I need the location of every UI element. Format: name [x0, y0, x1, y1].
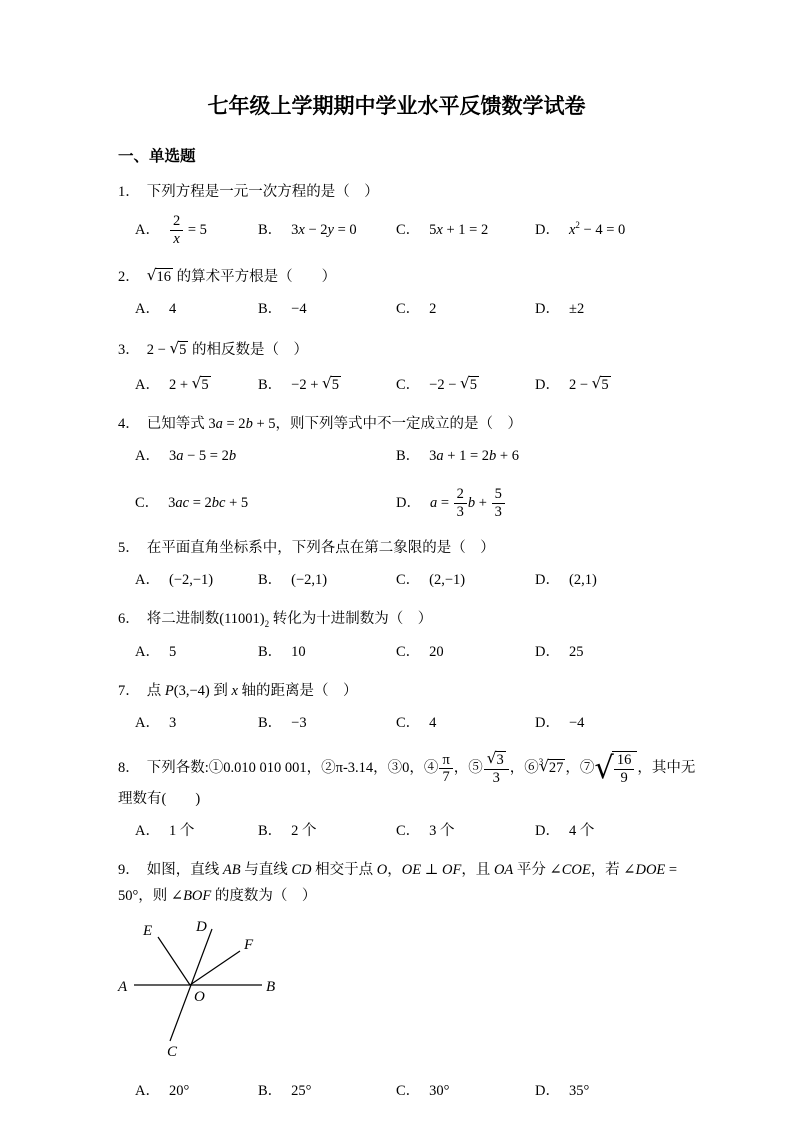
option-label: C．: [396, 715, 420, 731]
question-text: 在平面直角坐标系中，下列各点在第二象限的是（ ）: [147, 540, 495, 556]
option-value: (−2,−1): [169, 572, 213, 588]
question-6-options: A．5 B．10 C．20 D．25: [135, 641, 708, 664]
question-5-options: A．(−2,−1) B．(−2,1) C．(2,−1) D．(2,1): [135, 569, 708, 592]
question-text: 将二进制数(11001)2 转化为十进制数为（ ）: [147, 611, 433, 627]
option-value: 4 个: [569, 823, 594, 839]
option-d: D．x2 − 4 = 0: [535, 218, 708, 242]
question-2: 2．√16 的算术平方根是（ ） A．4 B．−4 C．2 D．±2: [118, 263, 708, 322]
option-label: A．: [135, 448, 160, 464]
option-value: (−2,1): [291, 572, 327, 588]
option-label: D．: [535, 715, 560, 731]
question-number: 4．: [118, 416, 140, 432]
question-7-options: A．3 B．−3 C．4 D．−4: [135, 712, 708, 735]
option-value: a = 23b + 53: [430, 495, 506, 511]
question-5-stem: 5．在平面直角坐标系中，下列各点在第二象限的是（ ）: [118, 536, 708, 561]
question-number: 9．: [118, 862, 140, 878]
question-7: 7．点 P(3,−4) 到 x 轴的距离是（ ） A．3 B．−3 C．4 D．…: [118, 679, 708, 736]
option-b: B．10: [258, 641, 396, 664]
option-d: D．4 个: [535, 820, 708, 843]
exam-content: 一、单选题 1．下列方程是一元一次方程的是（ ） A．2x = 5 B．3x −…: [118, 144, 708, 1103]
option-value: ±2: [569, 301, 584, 317]
question-text: √16 的算术平方根是（ ）: [147, 269, 336, 285]
option-value: 2 个: [291, 823, 316, 839]
question-3-options: A．2 + √5 B．−2 + √5 C．−2 − √5 D．2 − √5: [135, 372, 708, 397]
question-number: 1．: [118, 184, 140, 200]
option-label: C．: [135, 495, 159, 511]
option-c: C．−2 − √5: [396, 372, 535, 397]
option-b: B．25°: [258, 1080, 396, 1103]
option-value: −4: [569, 715, 584, 731]
option-label: C．: [396, 572, 420, 588]
option-label: B．: [258, 644, 282, 660]
option-label: D．: [535, 377, 560, 393]
question-4: 4．已知等式 3a = 2b + 5，则下列等式中不一定成立的是（ ） A．3a…: [118, 412, 708, 521]
option-value: 4: [169, 301, 176, 317]
question-number: 3．: [118, 342, 140, 358]
option-d: D．25: [535, 641, 708, 664]
option-label: D．: [396, 495, 421, 511]
option-value: 30°: [429, 1083, 449, 1099]
option-label: B．: [258, 301, 282, 317]
question-text: 下列方程是一元一次方程的是（ ）: [147, 184, 379, 200]
option-value: −4: [291, 301, 306, 317]
option-value: 3x − 2y = 0: [291, 222, 357, 238]
option-label: D．: [535, 572, 560, 588]
option-a: A．(−2,−1): [135, 569, 258, 592]
question-1: 1．下列方程是一元一次方程的是（ ） A．2x = 5 B．3x − 2y = …: [118, 180, 708, 248]
option-value: 25°: [291, 1083, 311, 1099]
option-c: C．5x + 1 = 2: [396, 219, 535, 242]
option-a: A．3: [135, 712, 258, 735]
option-value: 3ac = 2bc + 5: [168, 495, 248, 511]
option-d: D．35°: [535, 1080, 708, 1103]
option-label: D．: [535, 644, 560, 660]
option-value: 1 个: [169, 823, 194, 839]
option-label: B．: [258, 715, 282, 731]
option-value: −3: [291, 715, 306, 731]
option-value: 25: [569, 644, 584, 660]
option-value: 20°: [169, 1083, 189, 1099]
option-c: C．4: [396, 712, 535, 735]
option-label: C．: [396, 377, 420, 393]
option-a: A．20°: [135, 1080, 258, 1103]
question-number: 7．: [118, 683, 140, 699]
question-number: 2．: [118, 269, 140, 285]
option-a: A．3a − 5 = 2b: [135, 445, 396, 468]
option-value: 10: [291, 644, 306, 660]
question-number: 6．: [118, 611, 140, 627]
question-4-stem: 4．已知等式 3a = 2b + 5，则下列等式中不一定成立的是（ ）: [118, 412, 708, 437]
question-text: 如图，直线 AB 与直线 CD 相交于点 O，OE ⊥ OF，且 OA 平分 ∠…: [118, 862, 677, 903]
option-label: B．: [258, 1083, 282, 1099]
option-label: D．: [535, 222, 560, 238]
option-label: C．: [396, 644, 420, 660]
option-label: B．: [396, 448, 420, 464]
question-3: 3．2 − √5 的相反数是（ ） A．2 + √5 B．−2 + √5 C．−…: [118, 336, 708, 397]
option-b: B．2 个: [258, 820, 396, 843]
option-label: B．: [258, 377, 282, 393]
question-5: 5．在平面直角坐标系中，下列各点在第二象限的是（ ） A．(−2,−1) B．(…: [118, 536, 708, 593]
question-number: 5．: [118, 540, 140, 556]
option-value: 5: [169, 644, 176, 660]
page-title: 七年级上学期期中学业水平反馈数学试卷: [85, 90, 708, 120]
question-9-figure: A B C D E F O: [110, 917, 708, 1072]
question-2-stem: 2．√16 的算术平方根是（ ）: [118, 263, 708, 290]
option-value: 35°: [569, 1083, 589, 1099]
exam-page: 七年级上学期期中学业水平反馈数学试卷 一、单选题 1．下列方程是一元一次方程的是…: [0, 0, 793, 1122]
option-b: B．−2 + √5: [258, 372, 396, 397]
section-heading: 一、单选题: [118, 144, 708, 166]
question-text: 下列各数:①0.010 010 001，②π-3.14，③0，④π7，⑤√33，…: [118, 760, 695, 807]
question-text: 2 − √5 的相反数是（ ）: [147, 342, 308, 358]
option-value: 4: [429, 715, 436, 731]
option-label: A．: [135, 572, 160, 588]
question-7-stem: 7．点 P(3,−4) 到 x 轴的距离是（ ）: [118, 679, 708, 704]
option-d: D．−4: [535, 712, 708, 735]
question-8-stem: 8．下列各数:①0.010 010 001，②π-3.14，③0，④π7，⑤√3…: [118, 751, 708, 812]
option-label: A．: [135, 377, 160, 393]
option-value: −2 − √5: [429, 377, 479, 393]
option-b: B．3x − 2y = 0: [258, 219, 396, 242]
point-label-e: E: [142, 923, 152, 939]
option-label: C．: [396, 1083, 420, 1099]
option-b: B．3a + 1 = 2b + 6: [396, 445, 708, 468]
question-9-stem: 9．如图，直线 AB 与直线 CD 相交于点 O，OE ⊥ OF，且 OA 平分…: [118, 858, 708, 909]
option-value: x2 − 4 = 0: [569, 222, 625, 238]
question-8-options: A．1 个 B．2 个 C．3 个 D．4 个: [135, 820, 708, 843]
question-text: 点 P(3,−4) 到 x 轴的距离是（ ）: [147, 683, 358, 699]
question-text: 已知等式 3a = 2b + 5，则下列等式中不一定成立的是（ ）: [147, 416, 522, 432]
option-a: A．1 个: [135, 820, 258, 843]
option-label: A．: [135, 301, 160, 317]
option-label: C．: [396, 222, 420, 238]
question-4-options: A．3a − 5 = 2b B．3a + 1 = 2b + 6 C．3ac = …: [135, 445, 708, 521]
question-9-options: A．20° B．25° C．30° D．35°: [135, 1080, 708, 1103]
intersecting-lines-diagram: A B C D E F O: [110, 917, 400, 1067]
option-label: B．: [258, 572, 282, 588]
option-value: 3a − 5 = 2b: [169, 448, 236, 464]
point-label-b: B: [266, 979, 275, 995]
option-b: B．−4: [258, 298, 396, 321]
option-value: 2: [429, 301, 436, 317]
option-label: C．: [396, 301, 420, 317]
option-c: C．30°: [396, 1080, 535, 1103]
option-value: 3a + 1 = 2b + 6: [429, 448, 519, 464]
option-label: A．: [135, 715, 160, 731]
option-label: B．: [258, 823, 282, 839]
option-label: D．: [535, 301, 560, 317]
point-label-c: C: [167, 1044, 178, 1060]
option-value: 2x = 5: [169, 222, 207, 238]
question-8: 8．下列各数:①0.010 010 001，②π-3.14，③0，④π7，⑤√3…: [118, 751, 708, 844]
option-label: B．: [258, 222, 282, 238]
option-value: (2,−1): [429, 572, 465, 588]
option-c: C．20: [396, 641, 535, 664]
question-9: 9．如图，直线 AB 与直线 CD 相交于点 O，OE ⊥ OF，且 OA 平分…: [118, 858, 708, 1103]
question-1-options: A．2x = 5 B．3x − 2y = 0 C．5x + 1 = 2 D．x2…: [135, 213, 708, 247]
ray-oe: [158, 937, 190, 985]
question-3-stem: 3．2 − √5 的相反数是（ ）: [118, 336, 708, 363]
question-1-stem: 1．下列方程是一元一次方程的是（ ）: [118, 180, 708, 205]
option-d: D．(2,1): [535, 569, 708, 592]
option-value: −2 + √5: [291, 377, 341, 393]
option-label: A．: [135, 1083, 160, 1099]
question-2-options: A．4 B．−4 C．2 D．±2: [135, 298, 708, 321]
option-c: C．(2,−1): [396, 569, 535, 592]
option-label: C．: [396, 823, 420, 839]
option-d: D．±2: [535, 298, 708, 321]
point-label-a: A: [117, 979, 128, 995]
question-6-stem: 6．将二进制数(11001)2 转化为十进制数为（ ）: [118, 607, 708, 633]
option-label: D．: [535, 823, 560, 839]
option-a: A．5: [135, 641, 258, 664]
option-a: A．4: [135, 298, 258, 321]
option-c: C．3 个: [396, 820, 535, 843]
option-value: (2,1): [569, 572, 597, 588]
option-b: B．−3: [258, 712, 396, 735]
option-value: 3 个: [429, 823, 454, 839]
option-d: D．a = 23b + 53: [396, 486, 708, 520]
point-label-d: D: [195, 919, 207, 935]
question-6: 6．将二进制数(11001)2 转化为十进制数为（ ） A．5 B．10 C．2…: [118, 607, 708, 664]
option-value: 3: [169, 715, 176, 731]
option-a: A．2x = 5: [135, 213, 258, 247]
option-value: 5x + 1 = 2: [429, 222, 488, 238]
option-label: A．: [135, 823, 160, 839]
point-label-o: O: [194, 989, 205, 1005]
option-b: B．(−2,1): [258, 569, 396, 592]
option-c: C．2: [396, 298, 535, 321]
option-label: D．: [535, 1083, 560, 1099]
option-a: A．2 + √5: [135, 372, 258, 397]
option-c: C．3ac = 2bc + 5: [135, 492, 396, 515]
option-value: 20: [429, 644, 444, 660]
point-label-f: F: [243, 937, 254, 953]
option-d: D．2 − √5: [535, 372, 708, 397]
option-value: 2 − √5: [569, 377, 611, 393]
question-number: 8．: [118, 760, 140, 776]
option-value: 2 + √5: [169, 377, 211, 393]
option-label: A．: [135, 644, 160, 660]
option-label: A．: [135, 222, 160, 238]
